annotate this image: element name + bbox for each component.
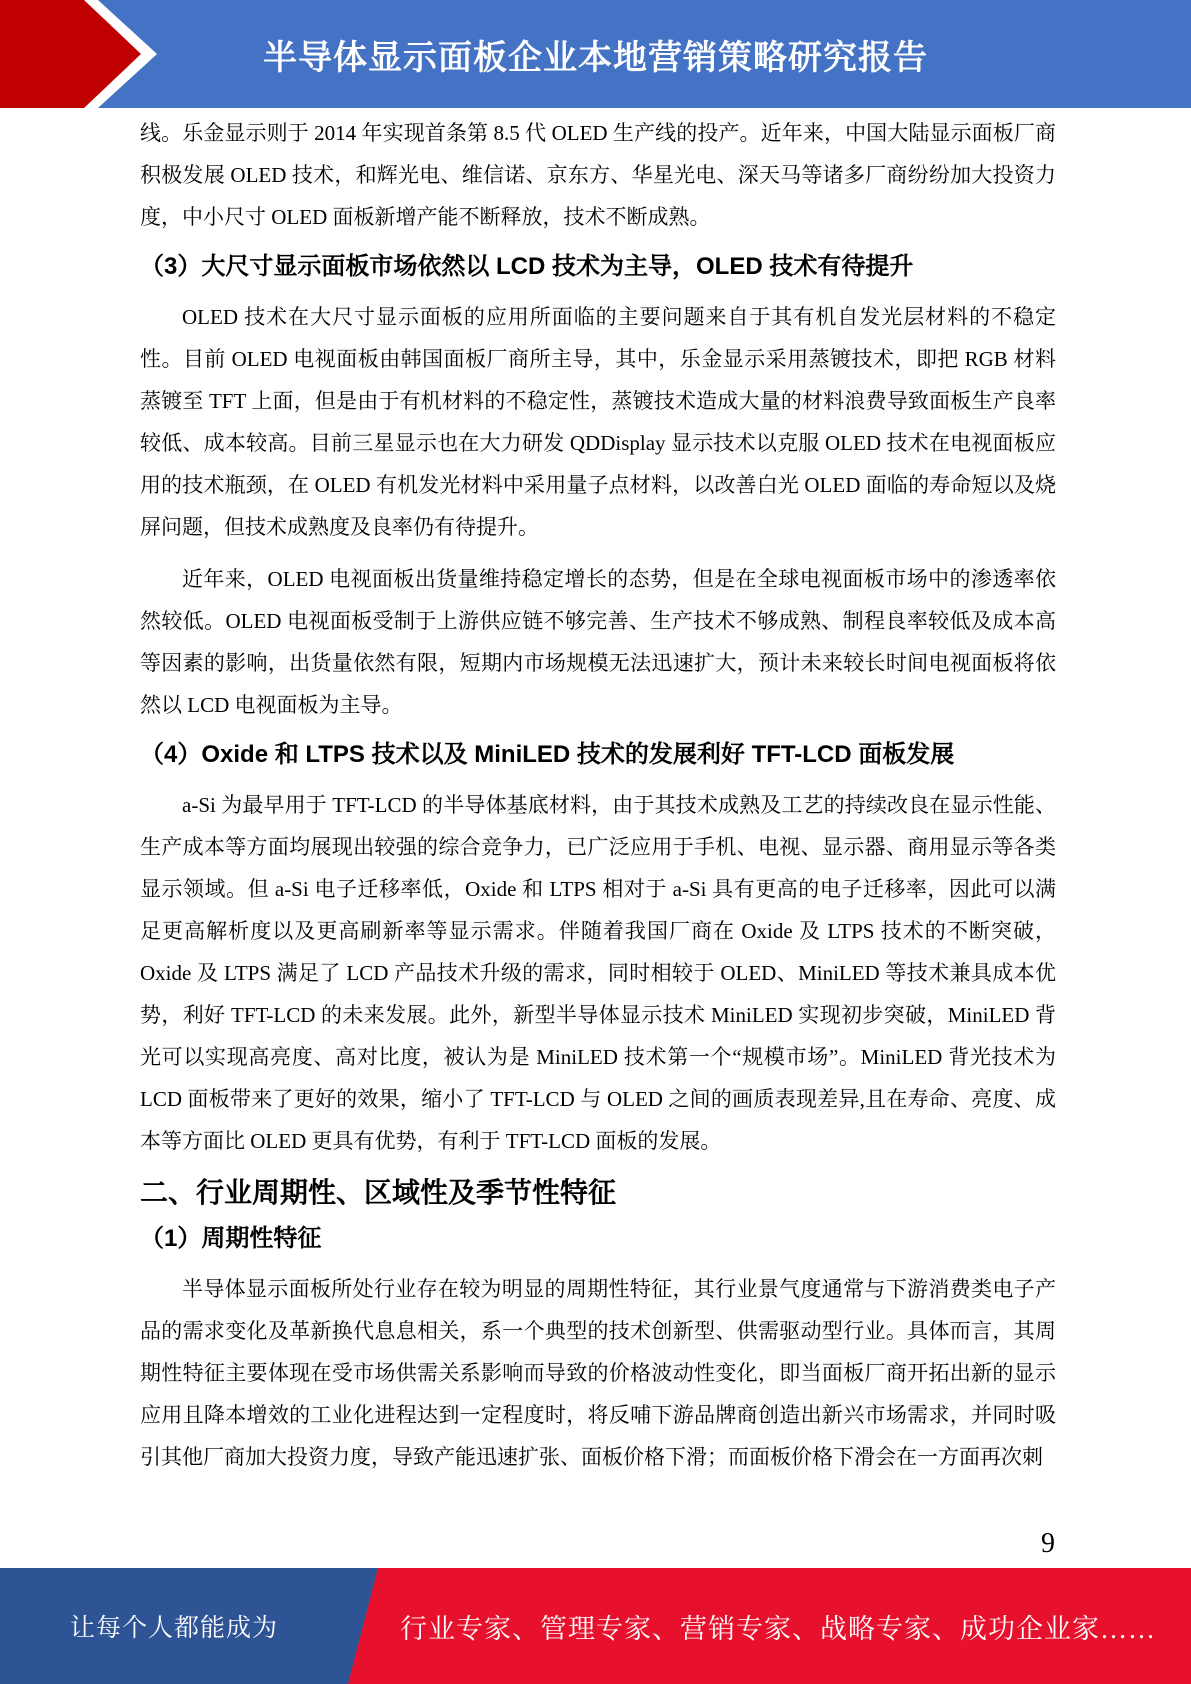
heading-4: （4）Oxide 和 LTPS 技术以及 MiniLED 技术的发展利好 TFT… (140, 740, 1056, 770)
heading-3: （3）大尺寸显示面板市场依然以 LCD 技术为主导，OLED 技术有待提升 (140, 252, 1056, 282)
footer-slogan-right: 行业专家、管理专家、营销专家、战略专家、成功企业家…… (400, 1568, 1156, 1684)
document-body: 线。乐金显示则于 2014 年实现首条第 8.5 代 OLED 生产线的投产。近… (140, 112, 1056, 1488)
header-banner: 半导体显示面板企业本地营销策略研究报告 (0, 0, 1191, 108)
paragraph: a-Si 为最早用于 TFT-LCD 的半导体基底材料，由于其技术成熟及工艺的持… (140, 784, 1056, 1162)
paragraph: OLED 技术在大尺寸显示面板的应用所面临的主要问题来自于其有机自发光层材料的不… (140, 296, 1056, 548)
sub-heading: （1）周期性特征 (140, 1224, 1056, 1254)
footer-banner: 让每个人都能成为 行业专家、管理专家、营销专家、战略专家、成功企业家…… (0, 1568, 1191, 1684)
footer-slogan-left: 让每个人都能成为 (0, 1568, 348, 1684)
paragraph: 半导体显示面板所处行业存在较为明显的周期性特征，其行业景气度通常与下游消费类电子… (140, 1268, 1056, 1478)
paragraph: 近年来，OLED 电视面板出货量维持稳定增长的态势，但是在全球电视面板市场中的渗… (140, 558, 1056, 726)
paragraph: 线。乐金显示则于 2014 年实现首条第 8.5 代 OLED 生产线的投产。近… (140, 112, 1056, 238)
section-heading: 二、行业周期性、区域性及季节性特征 (140, 1176, 1056, 1210)
report-title: 半导体显示面板企业本地营销策略研究报告 (0, 0, 1191, 108)
document-page: 半导体显示面板企业本地营销策略研究报告 线。乐金显示则于 2014 年实现首条第… (0, 0, 1191, 1684)
page-number: 9 (1041, 1528, 1055, 1560)
